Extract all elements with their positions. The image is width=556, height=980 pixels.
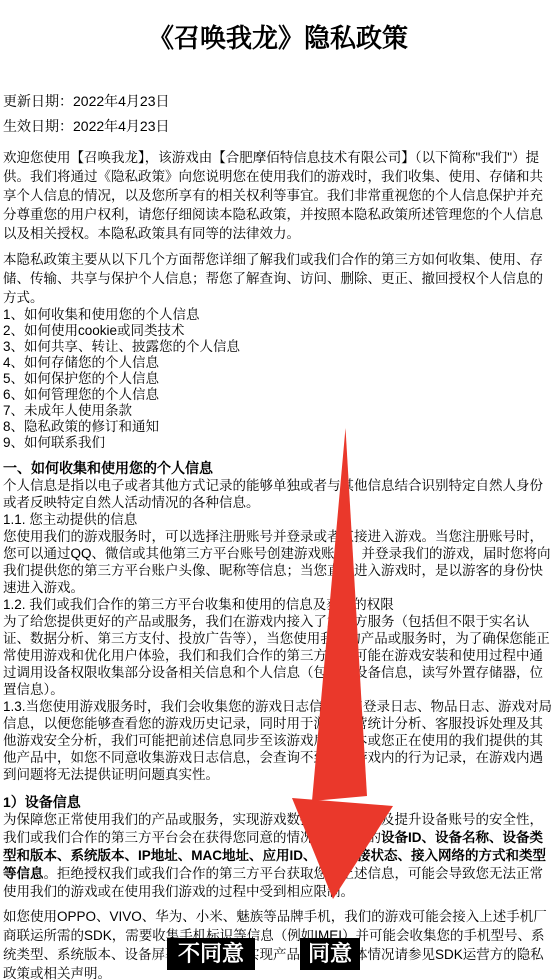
section-1-heading: 一、如何收集和使用您的个人信息 xyxy=(3,459,553,477)
list-item: 7、未成年人使用条款 xyxy=(3,403,553,419)
text-run: 欢迎您使用【召唤我龙】，该游戏由【合肥摩佰特信息技术有限公司】（以下简称"我们"… xyxy=(3,150,543,241)
text-run: 为了给您提供更好的产品或服务，我们在游戏内接入了第三方服务（包括但不限于实名认证… xyxy=(3,614,550,697)
disagree-button[interactable]: 不同意 xyxy=(167,938,255,970)
document-body: 欢迎您使用【召唤我龙】，该游戏由【合肥摩佰特信息技术有限公司】（以下简称"我们"… xyxy=(3,148,553,980)
sdk-brands-paragraph: 如您使用OPPO、VIVO、华为、小米、魅族等品牌手机，我们的游戏可能会接入上述… xyxy=(3,907,553,980)
list-item: 4、如何存储您的个人信息 xyxy=(3,355,553,371)
list-item: 9、如何联系我们 xyxy=(3,435,553,451)
text-run: 个人信息是指以电子或者其他方式记录的能够单独或者与其他信息结合识别特定自然人身份… xyxy=(3,478,543,510)
text-run: 。拒绝授权我们或我们合作的第三方平台获取您的上述信息，可能会导致您无法正常使用我… xyxy=(3,866,543,899)
page-title: 《召唤我龙》隐私政策 xyxy=(3,22,553,54)
text-run: 1.3.当您使用游戏服务时，我们会收集您的游戏日志信息，如登录日志、物品日志、游… xyxy=(3,699,552,782)
text-run: 如您使用OPPO、VIVO、华为、小米、魅族等品牌手机，我们的游戏可能会接入上述… xyxy=(3,909,547,980)
subsection-1-1-heading: 1.1. 您主动提供的信息 xyxy=(3,511,553,528)
overview-paragraph: 本隐私政策主要从以下几个方面帮您详细了解我们或我们合作的第三方如何收集、使用、存… xyxy=(3,250,553,307)
text-run: 您使用我们的游戏服务时，可以选择注册账号并登录或者直接进入游戏。当您注册账号时，… xyxy=(3,529,551,595)
document-page: 《召唤我龙》隐私政策 更新日期：2022年4月23日 生效日期：2022年4月2… xyxy=(0,0,556,980)
intro-paragraph: 欢迎您使用【召唤我龙】，该游戏由【合肥摩佰特信息技术有限公司】（以下简称"我们"… xyxy=(3,148,553,243)
list-item: 8、隐私政策的修订和通知 xyxy=(3,419,553,435)
device-info-paragraph: 为保障您正常使用我们的产品或服务，实现游戏数据统计分析以及提升设备账号的安全性，… xyxy=(3,811,553,901)
device-info-heading: 1）设备信息 xyxy=(3,793,553,811)
updated-date-line: 更新日期：2022年4月23日 xyxy=(3,92,553,111)
toc-list: 1、如何收集和使用您的个人信息2、如何使用cookie或同类技术3、如何共享、转… xyxy=(3,307,553,451)
list-item: 2、如何使用cookie或同类技术 xyxy=(3,323,553,339)
agree-button[interactable]: 同意 xyxy=(300,938,360,970)
list-item: 6、如何管理您的个人信息 xyxy=(3,387,553,403)
subsection-1-3-paragraph: 1.3.当您使用游戏服务时，我们会收集您的游戏日志信息，如登录日志、物品日志、游… xyxy=(3,698,553,783)
list-item: 3、如何共享、转让、披露您的个人信息 xyxy=(3,339,553,355)
personal-info-definition: 个人信息是指以电子或者其他方式记录的能够单独或者与其他信息结合识别特定自然人身份… xyxy=(3,477,553,511)
subsection-1-1-paragraph: 您使用我们的游戏服务时，可以选择注册账号并登录或者直接进入游戏。当您注册账号时，… xyxy=(3,528,553,596)
privacy-policy-page: { "colors": { "background": "#ffffff", "… xyxy=(0,0,556,980)
subsection-1-2-paragraph: 为了给您提供更好的产品或服务，我们在游戏内接入了第三方服务（包括但不限于实名认证… xyxy=(3,613,553,698)
list-item: 5、如何保护您的个人信息 xyxy=(3,371,553,387)
list-item: 1、如何收集和使用您的个人信息 xyxy=(3,307,553,323)
effective-date-line: 生效日期：2022年4月23日 xyxy=(3,117,553,136)
text-run: 1.1. 您主动提供的信息 xyxy=(3,512,137,527)
text-run: 1.2. 我们或我们合作的第三方平台收集和使用的信息及获取的权限 xyxy=(3,597,394,612)
text-run: 本隐私政策主要从以下几个方面帮您详细了解我们或我们合作的第三方如何收集、使用、存… xyxy=(3,252,543,305)
subsection-1-2-heading: 1.2. 我们或我们合作的第三方平台收集和使用的信息及获取的权限 xyxy=(3,596,553,613)
